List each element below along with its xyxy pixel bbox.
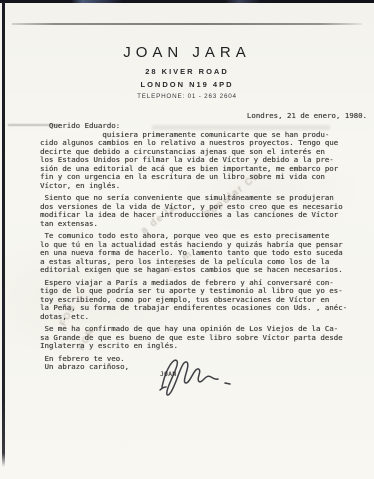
letterhead-address-line1: 28 KIVER ROAD	[0, 66, 374, 78]
scanned-letter: a de la Popular Ch ca m FON POR JOAN JAR…	[0, 0, 374, 479]
scan-edge-top	[0, 0, 374, 3]
letter-body: Querido Eduardo: quisiera primeramente c…	[40, 122, 370, 376]
letterhead-telephone: TELEPHONE: 01 - 263 2604	[0, 93, 374, 100]
letter-line: la Peña, su forma de trabajar endiferent…	[40, 304, 370, 313]
letter-line: tan extensas.	[40, 220, 370, 229]
paragraph: Siento que no sería conveniente que simu…	[40, 194, 370, 228]
handwritten-signature	[150, 354, 238, 400]
paper-top-rule	[12, 23, 362, 25]
letter-line: editorial exigen que se hagan estos camb…	[40, 266, 370, 275]
letterhead-name: JOAN JARA	[0, 44, 374, 61]
paragraph: Querido Eduardo: quisiera primeramente c…	[40, 122, 370, 190]
letter-line: Víctor, en inglés.	[40, 182, 370, 191]
paragraph: Espero viajar a París a mediados de febr…	[40, 279, 370, 322]
paragraph: Te comunico todo esto ahora, porque veo …	[40, 232, 370, 275]
letterhead-address-line2: LONDON N19 4PD	[0, 79, 374, 91]
letter-line: Inglaterra y escrito en inglés.	[40, 342, 370, 351]
paragraph: Se me ha confirmado de que hay una opini…	[40, 325, 370, 351]
letterhead: JOAN JARA 28 KIVER ROAD LONDON N19 4PD T…	[0, 44, 374, 100]
date-line: Londres, 21 de enero, 1980.	[247, 111, 367, 120]
letter-line: dotas, etc.	[40, 313, 370, 322]
